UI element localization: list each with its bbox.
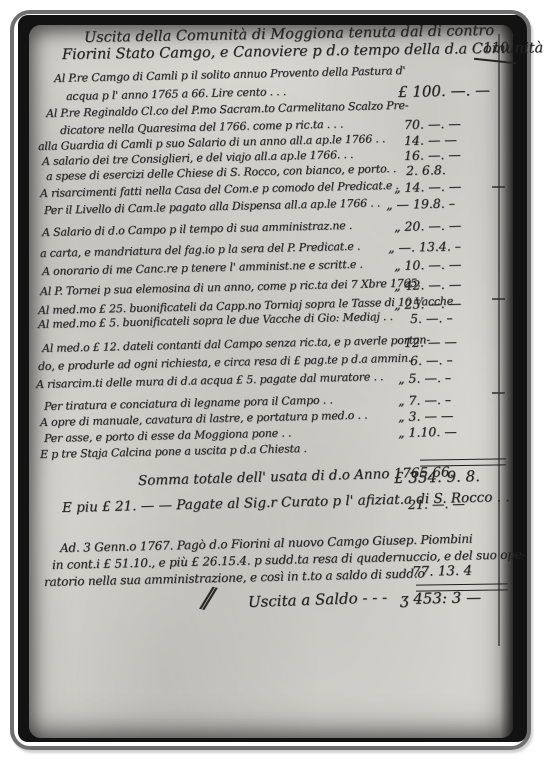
ledger-row-amount: „ — 19.8. – <box>386 195 455 212</box>
ledger-row-amount: 12. — — <box>404 334 457 350</box>
ledger-row-amount: „ 3. — — <box>398 408 454 424</box>
ledger-row-amount: „ 7. —. – <box>398 392 451 408</box>
ledger-row-amount: „ 20. —. — <box>394 217 462 234</box>
ledger-row-amount: 5. —. – <box>410 310 453 326</box>
ledger-row-amount: 70. —. — <box>404 116 461 132</box>
ledger-row-amount: 2. 6.8. <box>406 162 446 178</box>
somma-totale-amount: £ 354. 9. 8. <box>394 467 480 487</box>
total-double-rule <box>420 458 506 466</box>
ledger-row-amount: 16. —. — <box>404 147 461 163</box>
ledger-row-amount: „ 5. —. – <box>398 370 451 386</box>
ledger-row-amount: „ —. 13.4. – <box>388 238 461 255</box>
ledger-row-amount: „ 14. —. — <box>394 178 462 195</box>
ledger-row-amount: £ 100. —. — <box>398 81 490 101</box>
ledger-row-amount: 14. — — <box>404 132 457 148</box>
folio-number: 110 <box>483 39 509 56</box>
saldo-double-rule <box>416 583 508 591</box>
ledger-row-amount: „ 1.10. — <box>398 424 457 440</box>
scan-canvas: Uscita della Comunità di Moggiona tenuta… <box>0 0 545 760</box>
ledger-row-amount: „ 42. —. — <box>394 276 462 293</box>
ledger-row-amount: 6. —. – <box>410 352 453 368</box>
closing-partial-amount: 77. 13. 4 <box>412 563 472 580</box>
epiu-amount: 21. —. — <box>408 496 465 512</box>
ledger-row-amount: „ 10. —. — <box>394 256 462 273</box>
